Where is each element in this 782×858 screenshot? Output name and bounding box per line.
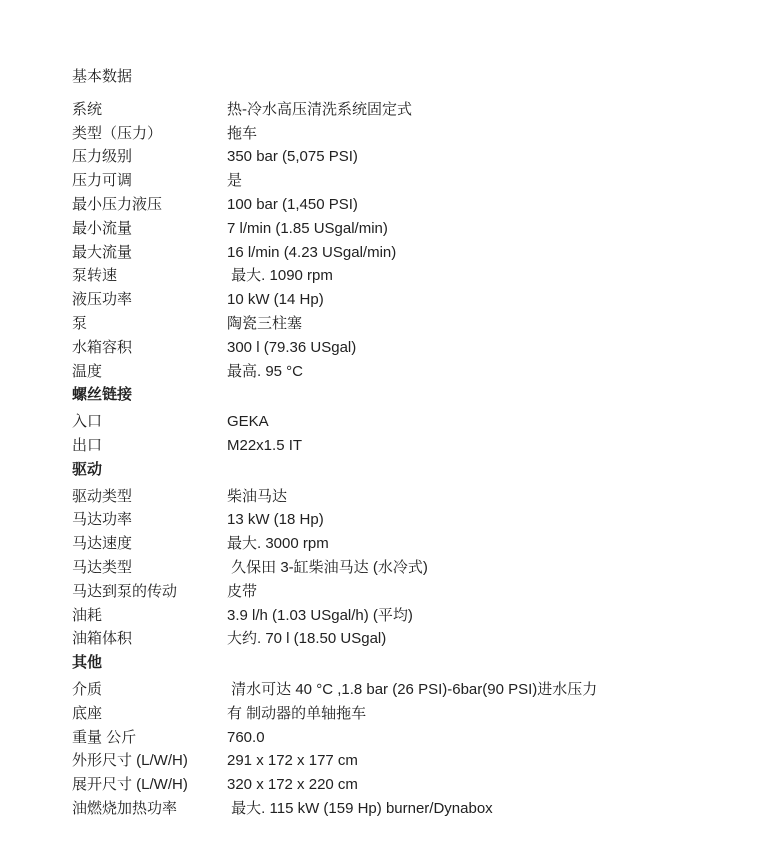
section-rows: 入口 GEKA 出口 M22x1.5 IT <box>72 410 752 458</box>
spec-value: 13 kW (18 Hp) <box>227 508 752 532</box>
spec-row: 重量 公斤 760.0 <box>72 726 752 750</box>
spec-value: 最大. 1090 rpm <box>227 264 752 288</box>
spec-row: 入口 GEKA <box>72 410 752 434</box>
spec-row: 最大流量 16 l/min (4.23 USgal/min) <box>72 241 752 265</box>
spec-label: 最大流量 <box>72 241 227 265</box>
spec-section: 基本数据 系统 热-冷水高压清洗系统固定式 类型（压力） 拖车 压力级别 350… <box>72 65 752 383</box>
section-heading: 螺丝链接 <box>72 383 752 407</box>
spec-row: 马达类型 久保田 3-缸柴油马达 (水冷式) <box>72 556 752 580</box>
spec-label: 马达速度 <box>72 532 227 556</box>
spec-label: 介质 <box>72 678 227 702</box>
spec-value: M22x1.5 IT <box>227 434 752 458</box>
spec-value: GEKA <box>227 410 752 434</box>
spec-value: 100 bar (1,450 PSI) <box>227 193 752 217</box>
spec-row: 系统 热-冷水高压清洗系统固定式 <box>72 98 752 122</box>
spec-value: 最高. 95 °C <box>227 360 752 384</box>
spec-value: 最大. 115 kW (159 Hp) burner/Dynabox <box>227 797 752 821</box>
spec-row: 压力级别 350 bar (5,075 PSI) <box>72 145 752 169</box>
spec-section: 驱动 驱动类型 柴油马达 马达功率 13 kW (18 Hp) 马达速度 最大.… <box>72 458 752 651</box>
spec-value: 16 l/min (4.23 USgal/min) <box>227 241 752 265</box>
spec-label: 温度 <box>72 360 227 384</box>
section-rows: 介质 清水可达 40 °C ,1.8 bar (26 PSI)-6bar(90 … <box>72 678 752 821</box>
spec-label: 出口 <box>72 434 227 458</box>
spec-value: 350 bar (5,075 PSI) <box>227 145 752 169</box>
spec-row: 泵转速 最大. 1090 rpm <box>72 264 752 288</box>
spec-row: 介质 清水可达 40 °C ,1.8 bar (26 PSI)-6bar(90 … <box>72 678 752 702</box>
spec-row: 压力可调 是 <box>72 169 752 193</box>
spec-value: 热-冷水高压清洗系统固定式 <box>227 98 752 122</box>
document-page: 基本数据 系统 热-冷水高压清洗系统固定式 类型（压力） 拖车 压力级别 350… <box>0 0 782 858</box>
spec-row: 液压功率 10 kW (14 Hp) <box>72 288 752 312</box>
spec-label: 外形尺寸 (L/W/H) <box>72 749 227 773</box>
section-rows: 系统 热-冷水高压清洗系统固定式 类型（压力） 拖车 压力级别 350 bar … <box>72 98 752 384</box>
spec-row: 底座 有 制动器的单轴拖车 <box>72 702 752 726</box>
spec-row: 出口 M22x1.5 IT <box>72 434 752 458</box>
spec-row: 油箱体积 大约. 70 l (18.50 USgal) <box>72 627 752 651</box>
section-rows: 驱动类型 柴油马达 马达功率 13 kW (18 Hp) 马达速度 最大. 30… <box>72 485 752 652</box>
section-heading: 驱动 <box>72 458 752 482</box>
spec-label: 类型（压力） <box>72 122 227 146</box>
spec-value: 300 l (79.36 USgal) <box>227 336 752 360</box>
spec-label: 马达类型 <box>72 556 227 580</box>
spec-value: 760.0 <box>227 726 752 750</box>
spec-label: 底座 <box>72 702 227 726</box>
spec-label: 马达到泵的传动 <box>72 580 227 604</box>
spec-value: 久保田 3-缸柴油马达 (水冷式) <box>227 556 752 580</box>
spec-section: 其他 介质 清水可达 40 °C ,1.8 bar (26 PSI)-6bar(… <box>72 651 752 821</box>
spec-value: 有 制动器的单轴拖车 <box>227 702 752 726</box>
spec-value: 291 x 172 x 177 cm <box>227 749 752 773</box>
spec-value: 皮带 <box>227 580 752 604</box>
spec-row: 最小流量 7 l/min (1.85 USgal/min) <box>72 217 752 241</box>
spec-label: 系统 <box>72 98 227 122</box>
spec-label: 最小流量 <box>72 217 227 241</box>
spec-label: 重量 公斤 <box>72 726 227 750</box>
spec-label: 马达功率 <box>72 508 227 532</box>
spec-value: 大约. 70 l (18.50 USgal) <box>227 627 752 651</box>
spec-label: 压力级别 <box>72 145 227 169</box>
spec-row: 水箱容积 300 l (79.36 USgal) <box>72 336 752 360</box>
spec-value: 柴油马达 <box>227 485 752 509</box>
spec-label: 泵 <box>72 312 227 336</box>
spec-row: 油燃烧加热功率 最大. 115 kW (159 Hp) burner/Dynab… <box>72 797 752 821</box>
spec-row: 马达功率 13 kW (18 Hp) <box>72 508 752 532</box>
spec-label: 最小压力液压 <box>72 193 227 217</box>
spec-label: 展开尺寸 (L/W/H) <box>72 773 227 797</box>
spec-row: 马达速度 最大. 3000 rpm <box>72 532 752 556</box>
spec-label: 入口 <box>72 410 227 434</box>
spec-value: 320 x 172 x 220 cm <box>227 773 752 797</box>
spec-label: 驱动类型 <box>72 485 227 509</box>
section-heading: 其他 <box>72 651 752 675</box>
spec-section: 螺丝链接 入口 GEKA 出口 M22x1.5 IT <box>72 383 752 457</box>
spec-row: 展开尺寸 (L/W/H) 320 x 172 x 220 cm <box>72 773 752 797</box>
spec-row: 马达到泵的传动 皮带 <box>72 580 752 604</box>
spec-value: 清水可达 40 °C ,1.8 bar (26 PSI)-6bar(90 PSI… <box>227 678 752 702</box>
spec-label: 油耗 <box>72 604 227 628</box>
spec-value: 最大. 3000 rpm <box>227 532 752 556</box>
spec-value: 10 kW (14 Hp) <box>227 288 752 312</box>
spec-row: 最小压力液压 100 bar (1,450 PSI) <box>72 193 752 217</box>
spec-label: 油箱体积 <box>72 627 227 651</box>
spec-label: 水箱容积 <box>72 336 227 360</box>
spec-value: 是 <box>227 169 752 193</box>
spec-label: 泵转速 <box>72 264 227 288</box>
spec-row: 外形尺寸 (L/W/H) 291 x 172 x 177 cm <box>72 749 752 773</box>
spec-row: 温度 最高. 95 °C <box>72 360 752 384</box>
spec-row: 类型（压力） 拖车 <box>72 122 752 146</box>
spec-value: 3.9 l/h (1.03 USgal/h) (平均) <box>227 604 752 628</box>
spec-value: 7 l/min (1.85 USgal/min) <box>227 217 752 241</box>
spec-label: 油燃烧加热功率 <box>72 797 227 821</box>
spec-label: 压力可调 <box>72 169 227 193</box>
spec-value: 陶瓷三柱塞 <box>227 312 752 336</box>
section-heading: 基本数据 <box>72 65 752 89</box>
spec-row: 油耗 3.9 l/h (1.03 USgal/h) (平均) <box>72 604 752 628</box>
spec-label: 液压功率 <box>72 288 227 312</box>
spec-row: 驱动类型 柴油马达 <box>72 485 752 509</box>
spec-value: 拖车 <box>227 122 752 146</box>
spec-row: 泵 陶瓷三柱塞 <box>72 312 752 336</box>
